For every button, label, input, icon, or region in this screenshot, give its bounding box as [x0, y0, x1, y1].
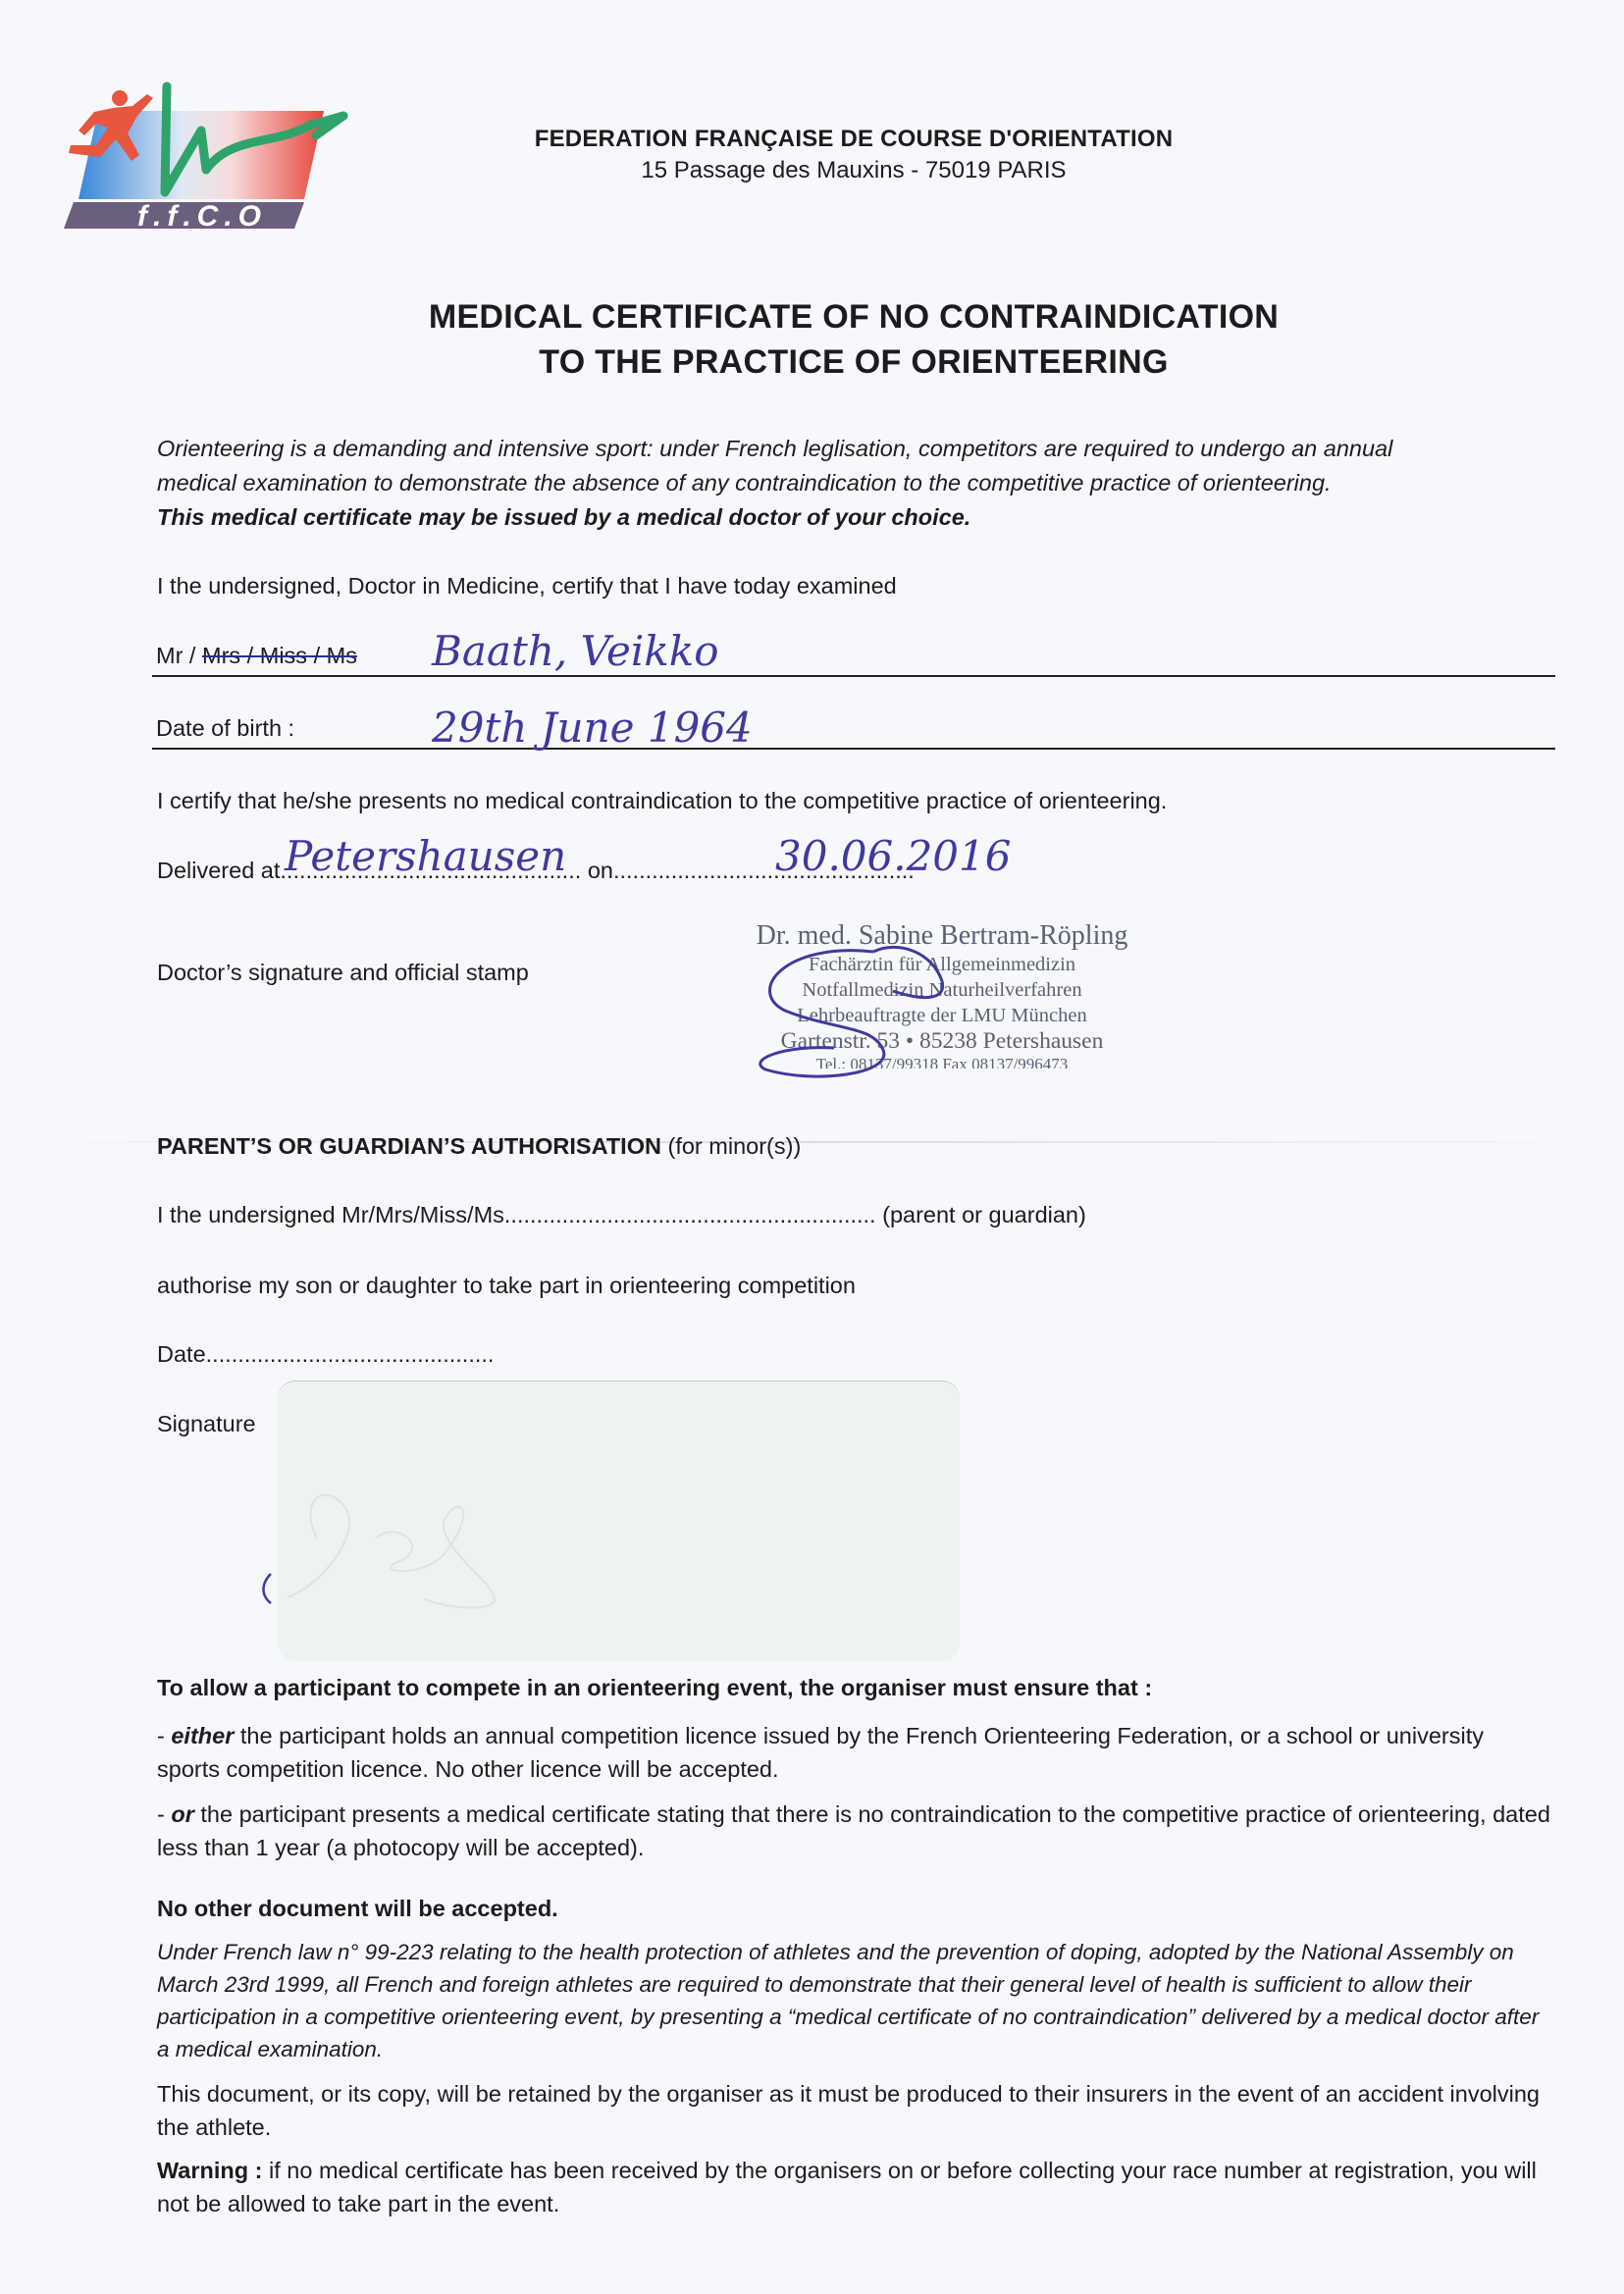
- guardian-heading-text: PARENT’S OR GUARDIAN’S AUTHORISATION: [157, 1133, 661, 1159]
- or-text: the participant presents a medical certi…: [157, 1801, 1550, 1860]
- rule-either: - either the participant holds an annual…: [157, 1719, 1550, 1786]
- certify-statement: I certify that he/she presents no medica…: [157, 788, 1167, 814]
- title-label: Mr / Mrs / Miss / Ms: [156, 643, 357, 669]
- either-prefix: -: [157, 1723, 171, 1748]
- intro-line-1: Orienteering is a demanding and intensiv…: [157, 432, 1550, 466]
- guardian-heading-suffix: (for minor(s)): [661, 1133, 801, 1159]
- intro-line-2: medical examination to demonstrate the a…: [157, 466, 1550, 500]
- patient-name-value: Baath, Veikko: [432, 627, 719, 675]
- warning-paragraph: Warning : if no medical certificate has …: [157, 2154, 1550, 2220]
- guardian-signature-label: Signature: [157, 1411, 256, 1437]
- no-other-document: No other document will be accepted.: [157, 1892, 1550, 1925]
- document-title: MEDICAL CERTIFICATE OF NO CONTRAINDICATI…: [0, 294, 1624, 385]
- dob-value: 29th June 1964: [432, 704, 753, 752]
- doctor-statement: I the undersigned, Doctor in Medicine, c…: [157, 573, 897, 600]
- guardian-heading: PARENT’S OR GUARDIAN’S AUTHORISATION (fo…: [157, 1133, 801, 1160]
- intro-paragraph: Orienteering is a demanding and intensiv…: [157, 432, 1550, 535]
- organisation-address: 15 Passage des Mauxins - 75019 PARIS: [0, 157, 1624, 184]
- or-prefix: -: [157, 1801, 171, 1827]
- law-paragraph: Under French law n° 99-223 relating to t…: [157, 1936, 1550, 2065]
- delivered-row: Delivered at............................…: [157, 858, 1138, 897]
- guardian-date-dots[interactable]: ........................................…: [206, 1341, 495, 1367]
- logo-text: f.f.C.O: [137, 200, 267, 232]
- ffco-logo: f.f.C.O: [59, 77, 353, 232]
- guardian-date-label: Date: [157, 1341, 206, 1367]
- dob-label: Date of birth :: [156, 715, 294, 742]
- delivered-place-value[interactable]: Petershausen: [285, 832, 566, 880]
- title-struck: Mrs / Miss / Ms: [202, 643, 357, 668]
- doctor-signature-scribble: [726, 932, 1079, 1079]
- on-label: on: [588, 858, 613, 883]
- warning-text: if no medical certificate has been recei…: [157, 2158, 1537, 2216]
- delivered-date-value[interactable]: 30.06.2016: [775, 832, 1011, 880]
- guardian-undersigned-label: I the undersigned Mr/Mrs/Miss/Ms: [157, 1202, 504, 1227]
- guardian-undersigned-row[interactable]: I the undersigned Mr/Mrs/Miss/Ms........…: [157, 1202, 1086, 1228]
- title-line-2: TO THE PRACTICE OF ORIENTEERING: [0, 339, 1624, 385]
- title-line-1: MEDICAL CERTIFICATE OF NO CONTRAINDICATI…: [0, 294, 1624, 339]
- either-text: the participant holds an annual competit…: [157, 1723, 1484, 1782]
- title-kept: Mr /: [156, 643, 202, 668]
- warning-label: Warning :: [157, 2158, 262, 2183]
- rule-or: - or the participant presents a medical …: [157, 1798, 1550, 1864]
- guardian-suffix: (parent or guardian): [876, 1202, 1086, 1227]
- date-of-birth-field[interactable]: Date of birth : 29th June 1964: [152, 699, 1555, 750]
- guardian-name-dots[interactable]: ........................................…: [504, 1202, 876, 1227]
- doctor-signature-label: Doctor’s signature and official stamp: [157, 960, 529, 986]
- guardian-signature-box[interactable]: [278, 1381, 960, 1661]
- faded-signature: [278, 1382, 960, 1661]
- retention-paragraph: This document, or its copy, will be reta…: [157, 2077, 1550, 2144]
- patient-name-field[interactable]: Mr / Mrs / Miss / Ms Baath, Veikko: [152, 626, 1555, 677]
- delivered-label: Delivered at: [157, 858, 280, 883]
- rules-heading: To allow a participant to compete in an …: [157, 1671, 1550, 1704]
- ink-mark: [257, 1570, 277, 1609]
- guardian-authorise: authorise my son or daughter to take par…: [157, 1273, 856, 1299]
- either-word: either: [171, 1723, 234, 1748]
- or-word: or: [171, 1801, 194, 1827]
- organisation-name: FEDERATION FRANÇAISE DE COURSE D'ORIENTA…: [0, 126, 1624, 153]
- guardian-date-row[interactable]: Date....................................…: [157, 1341, 494, 1368]
- intro-bold-line: This medical certificate may be issued b…: [157, 504, 970, 530]
